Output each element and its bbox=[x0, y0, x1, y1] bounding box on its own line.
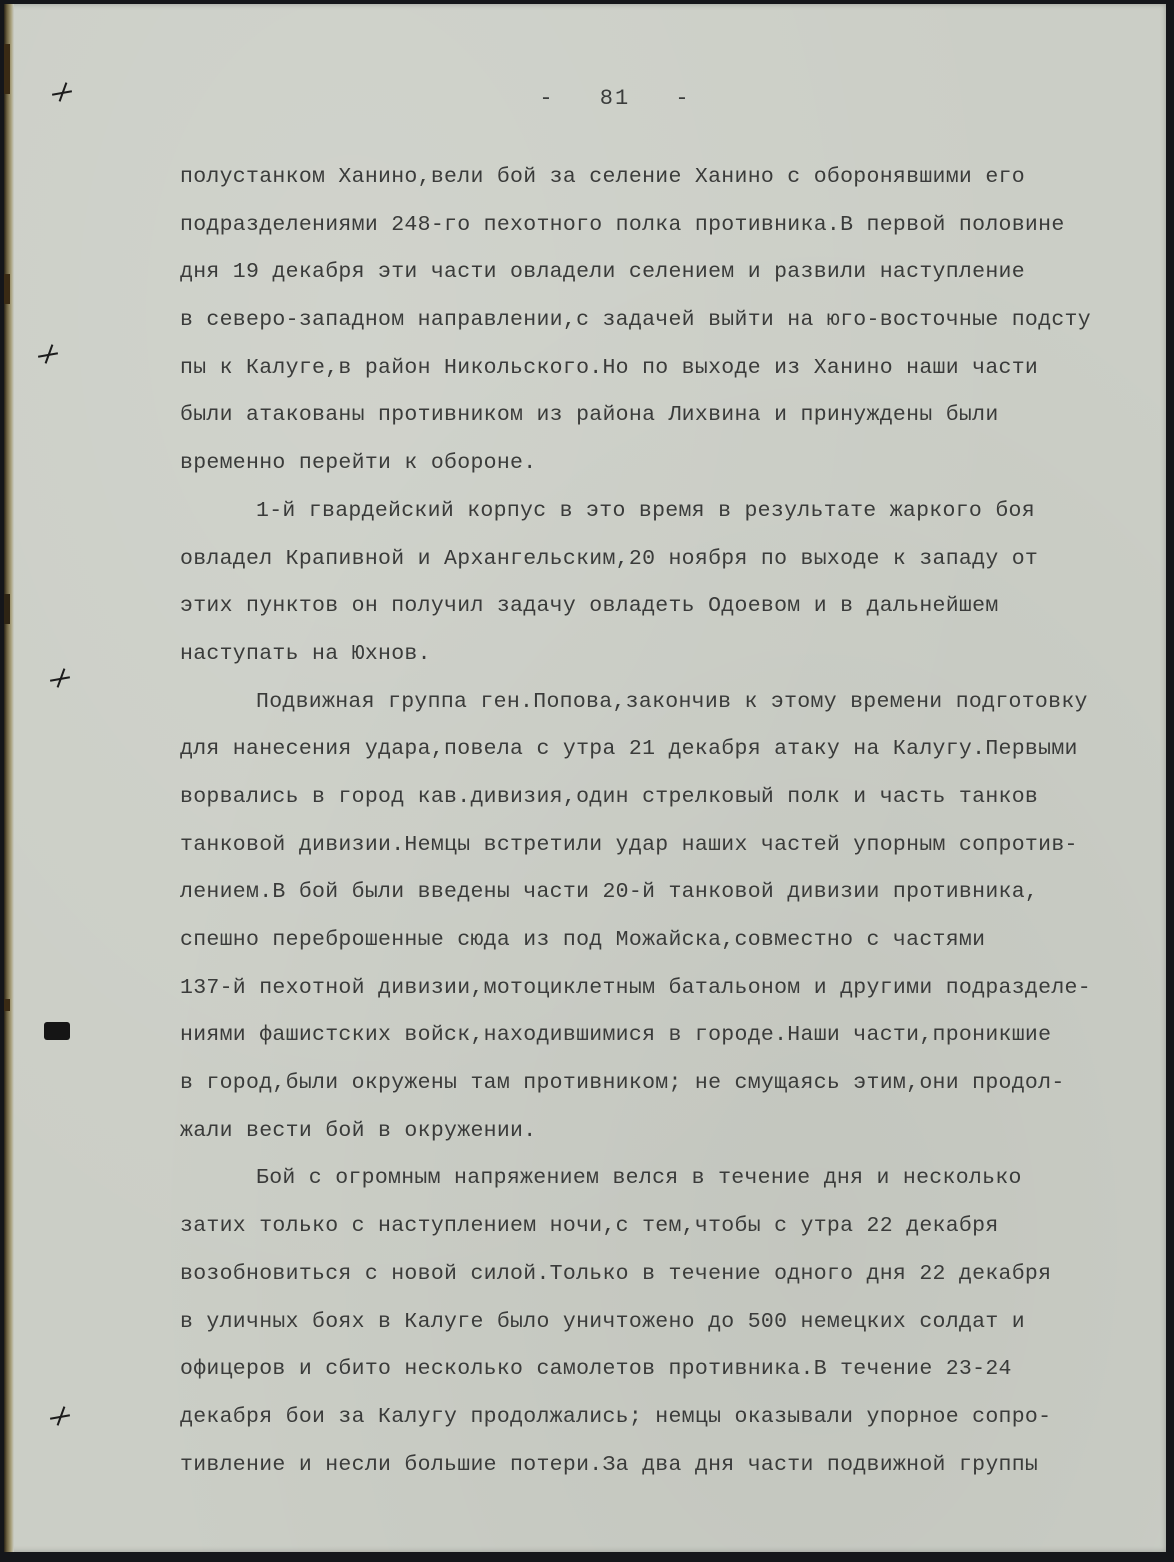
text-line: 137-й пехотной дивизии,мотоциклетным бат… bbox=[180, 965, 1170, 1013]
text-line: 1-й гвардейский корпус в это время в рез… bbox=[180, 488, 1170, 536]
text-line: для нанесения удара,повела с утра 21 дек… bbox=[180, 726, 1170, 774]
text-line: были атакованы противником из района Лих… bbox=[180, 392, 1170, 440]
text-line: жали вести бой в окружении. bbox=[180, 1108, 1170, 1156]
text-line: наступать на Юхнов. bbox=[180, 631, 1170, 679]
document-page: - 81 - полустанком Ханино,вели бой за се… bbox=[4, 4, 1166, 1552]
page-number: - 81 - bbox=[4, 86, 1166, 111]
text-line: пы к Калуге,в район Никольского.Но по вы… bbox=[180, 345, 1170, 393]
text-line: в город,были окружены там противником; н… bbox=[180, 1060, 1170, 1108]
text-line: лением.В бой были введены части 20-й тан… bbox=[180, 869, 1170, 917]
text-line: в уличных боях в Калуге было уничтожено … bbox=[180, 1299, 1170, 1347]
text-line: полустанком Ханино,вели бой за селение Х… bbox=[180, 154, 1170, 202]
text-line: подразделениями 248-го пехотного полка п… bbox=[180, 202, 1170, 250]
punch-hole bbox=[44, 1022, 70, 1040]
edge-stain bbox=[4, 999, 10, 1011]
punch-hole bbox=[54, 1410, 68, 1424]
text-line: затих только с наступлением ночи,с тем,ч… bbox=[180, 1203, 1170, 1251]
document-body: полустанком Ханино,вели бой за селение Х… bbox=[180, 154, 1170, 1489]
text-line: ниями фашистских войск,находившимися в г… bbox=[180, 1012, 1170, 1060]
text-line: спешно переброшенные сюда из под Можайск… bbox=[180, 917, 1170, 965]
text-line: декабря бои за Калугу продолжались; немц… bbox=[180, 1394, 1170, 1442]
punch-hole bbox=[42, 348, 56, 362]
text-line: танковой дивизии.Немцы встретили удар на… bbox=[180, 822, 1170, 870]
edge-stain bbox=[4, 274, 10, 304]
punch-hole bbox=[54, 672, 68, 686]
edge-stain bbox=[4, 594, 10, 624]
text-line: ворвались в город кав.дивизия,один стрел… bbox=[180, 774, 1170, 822]
text-line: в северо-западном направлении,с задачей … bbox=[180, 297, 1170, 345]
text-line: овладел Крапивной и Архангельским,20 ноя… bbox=[180, 536, 1170, 584]
text-line: этих пунктов он получил задачу овладеть … bbox=[180, 583, 1170, 631]
text-line: временно перейти к обороне. bbox=[180, 440, 1170, 488]
text-line: Бой с огромным напряжением велся в течен… bbox=[180, 1155, 1170, 1203]
text-line: дня 19 декабря эти части овладели селени… bbox=[180, 249, 1170, 297]
binding-edge bbox=[4, 4, 14, 1552]
text-line: возобновиться с новой силой.Только в теч… bbox=[180, 1251, 1170, 1299]
text-line: офицеров и сбито несколько самолетов про… bbox=[180, 1346, 1170, 1394]
text-line: Подвижная группа ген.Попова,закончив к э… bbox=[180, 679, 1170, 727]
text-line: тивление и несли большие потери.За два д… bbox=[180, 1442, 1170, 1490]
